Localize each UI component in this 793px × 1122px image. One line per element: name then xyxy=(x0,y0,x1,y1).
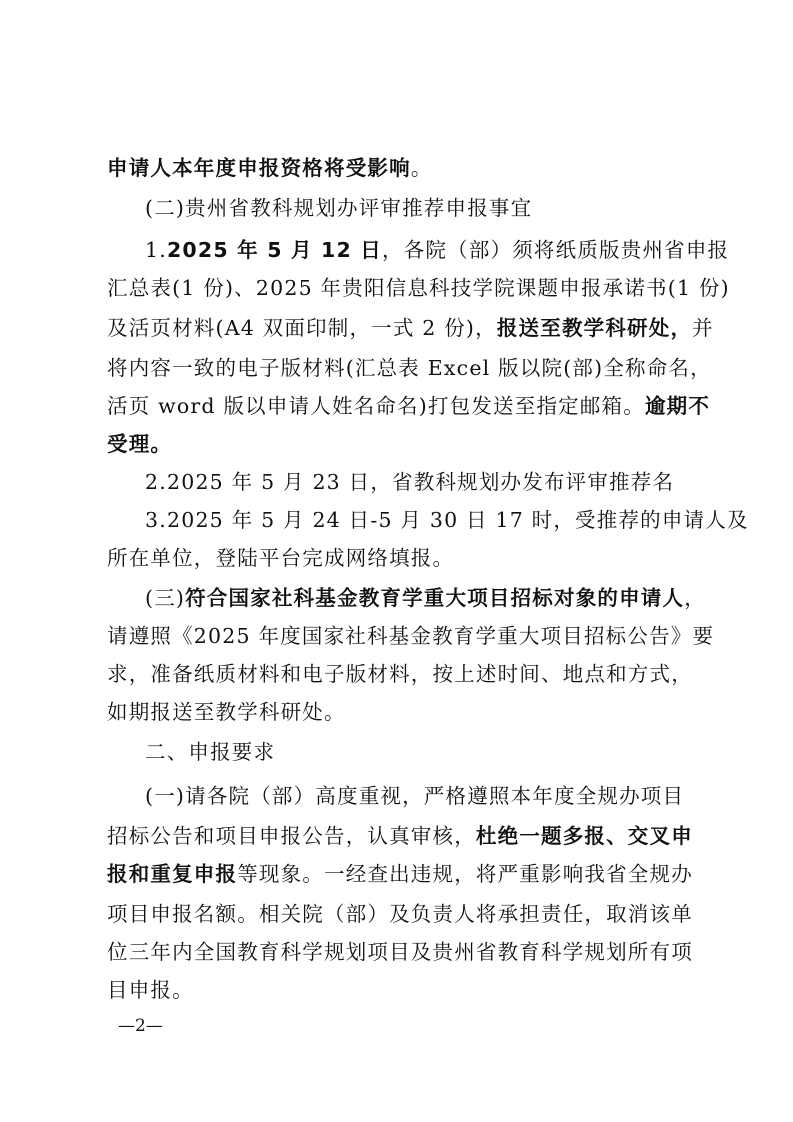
bold-date: 2025 年 5 月 12 日 xyxy=(167,238,382,262)
section-3-line-3: 求，准备纸质材料和电子版材料，按上述时间、地点和方式， xyxy=(107,656,693,692)
text: 求，准备纸质材料和电子版材料，按上述时间、地点和方式， xyxy=(107,662,693,686)
requirement-1-line-5: 位三年内全国教育科学规划项目及贵州省教育科学规划所有项 xyxy=(107,934,693,970)
requirement-1-line-1: (一)请各院（部）高度重视，严格遵照本年度全规办项目 xyxy=(145,778,684,814)
item-3-line-2: 所在单位，登陆平台完成网络填报。 xyxy=(107,540,454,576)
bold-text: 报和重复申报 xyxy=(107,862,237,886)
requirement-1-line-6: 目申报。 xyxy=(107,972,194,1008)
text: 并 xyxy=(692,316,714,340)
bold-text: 报送至教学科研处， xyxy=(497,316,692,340)
bold-text: 受理。 xyxy=(107,432,172,456)
text: (二)贵州省教科规划办评审推荐申报事宜 xyxy=(145,196,532,220)
item-1-line-2: 汇总表(1 份)、2025 年贵阳信息科技学院课题申报承诺书(1 份) xyxy=(107,270,730,306)
page-number: —2— xyxy=(118,1016,163,1036)
text: (一)请各院（部）高度重视，严格遵照本年度全规办项目 xyxy=(145,784,684,808)
paragraph-continuation: 申请人本年度申报资格将受影响。 xyxy=(107,150,433,186)
item-1-line-1: 1.2025 年 5 月 12 日，各院（部）须将纸质版贵州省申报 xyxy=(145,232,729,268)
text: ，各院（部）须将纸质版贵州省申报 xyxy=(382,238,729,262)
bold-text: 逾期不 xyxy=(645,394,710,418)
text: 项目申报名额。相关院（部）及负责人将承担责任，取消该单 xyxy=(107,902,693,926)
bold-text: 杜绝一题多报、交叉申 xyxy=(476,824,693,848)
item-1-line-6: 受理。 xyxy=(107,426,172,462)
text: 2.2025 年 5 月 23 日，省教科规划办发布评审推荐名 xyxy=(145,470,674,494)
document-page: 申请人本年度申报资格将受影响。 (二)贵州省教科规划办评审推荐申报事宜 1.20… xyxy=(0,0,793,1122)
item-1-line-4: 将内容一致的电子版材料(汇总表 Excel 版以院(部)全称命名， xyxy=(107,350,712,386)
text: 将内容一致的电子版材料(汇总表 Excel 版以院(部)全称命名， xyxy=(107,356,712,380)
text: 请遵照《2025 年度国家社科基金教育学重大项目招标公告》要 xyxy=(107,624,714,648)
text: 活页 word 版以申请人姓名命名)打包发送至指定邮箱。 xyxy=(107,394,645,418)
section-heading-requirements: 二、申报要求 xyxy=(145,734,275,770)
requirement-1-line-4: 项目申报名额。相关院（部）及负责人将承担责任，取消该单 xyxy=(107,896,693,932)
section-3-line-4: 如期报送至教学科研处。 xyxy=(107,694,346,730)
text: 1. xyxy=(145,238,167,262)
item-3-line-1: 3.2025 年 5 月 24 日-5 月 30 日 17 时，受推荐的申请人及 xyxy=(145,502,749,538)
bold-text: 符合国家社科基金教育学重大项目招标对象的申请人 xyxy=(185,586,684,610)
text: 所在单位，登陆平台完成网络填报。 xyxy=(107,546,454,570)
item-1-line-3: 及活页材料(A4 双面印制，一式 2 份)，报送至教学科研处，并 xyxy=(107,310,714,346)
text: 汇总表(1 份)、2025 年贵阳信息科技学院课题申报承诺书(1 份) xyxy=(107,276,730,300)
text: (三) xyxy=(145,586,185,610)
text: 等现象。一经查出违规，将严重影响我省全规办 xyxy=(237,862,693,886)
requirement-1-line-2: 招标公告和项目申报公告，认真审核，杜绝一题多报、交叉申 xyxy=(107,818,693,854)
text: 招标公告和项目申报公告，认真审核， xyxy=(107,824,476,848)
section-3-line-2: 请遵照《2025 年度国家社科基金教育学重大项目招标公告》要 xyxy=(107,618,714,654)
text: 。 xyxy=(411,156,433,180)
bold-text: 申请人本年度申报资格将受影响 xyxy=(107,156,411,180)
text: 二、申报要求 xyxy=(145,740,275,764)
text: 及活页材料(A4 双面印制，一式 2 份)， xyxy=(107,316,497,340)
text: 目申报。 xyxy=(107,978,194,1002)
text: 3.2025 年 5 月 24 日-5 月 30 日 17 时，受推荐的申请人及 xyxy=(145,508,749,532)
text: 位三年内全国教育科学规划项目及贵州省教育科学规划所有项 xyxy=(107,940,693,964)
text: ， xyxy=(684,586,706,610)
section-3-line-1: (三)符合国家社科基金教育学重大项目招标对象的申请人， xyxy=(145,580,706,616)
section-heading-2: (二)贵州省教科规划办评审推荐申报事宜 xyxy=(145,190,532,226)
item-1-line-5: 活页 word 版以申请人姓名命名)打包发送至指定邮箱。逾期不 xyxy=(107,388,710,424)
item-2: 2.2025 年 5 月 23 日，省教科规划办发布评审推荐名 xyxy=(145,464,674,500)
text: 如期报送至教学科研处。 xyxy=(107,700,346,724)
requirement-1-line-3: 报和重复申报等现象。一经查出违规，将严重影响我省全规办 xyxy=(107,856,693,892)
